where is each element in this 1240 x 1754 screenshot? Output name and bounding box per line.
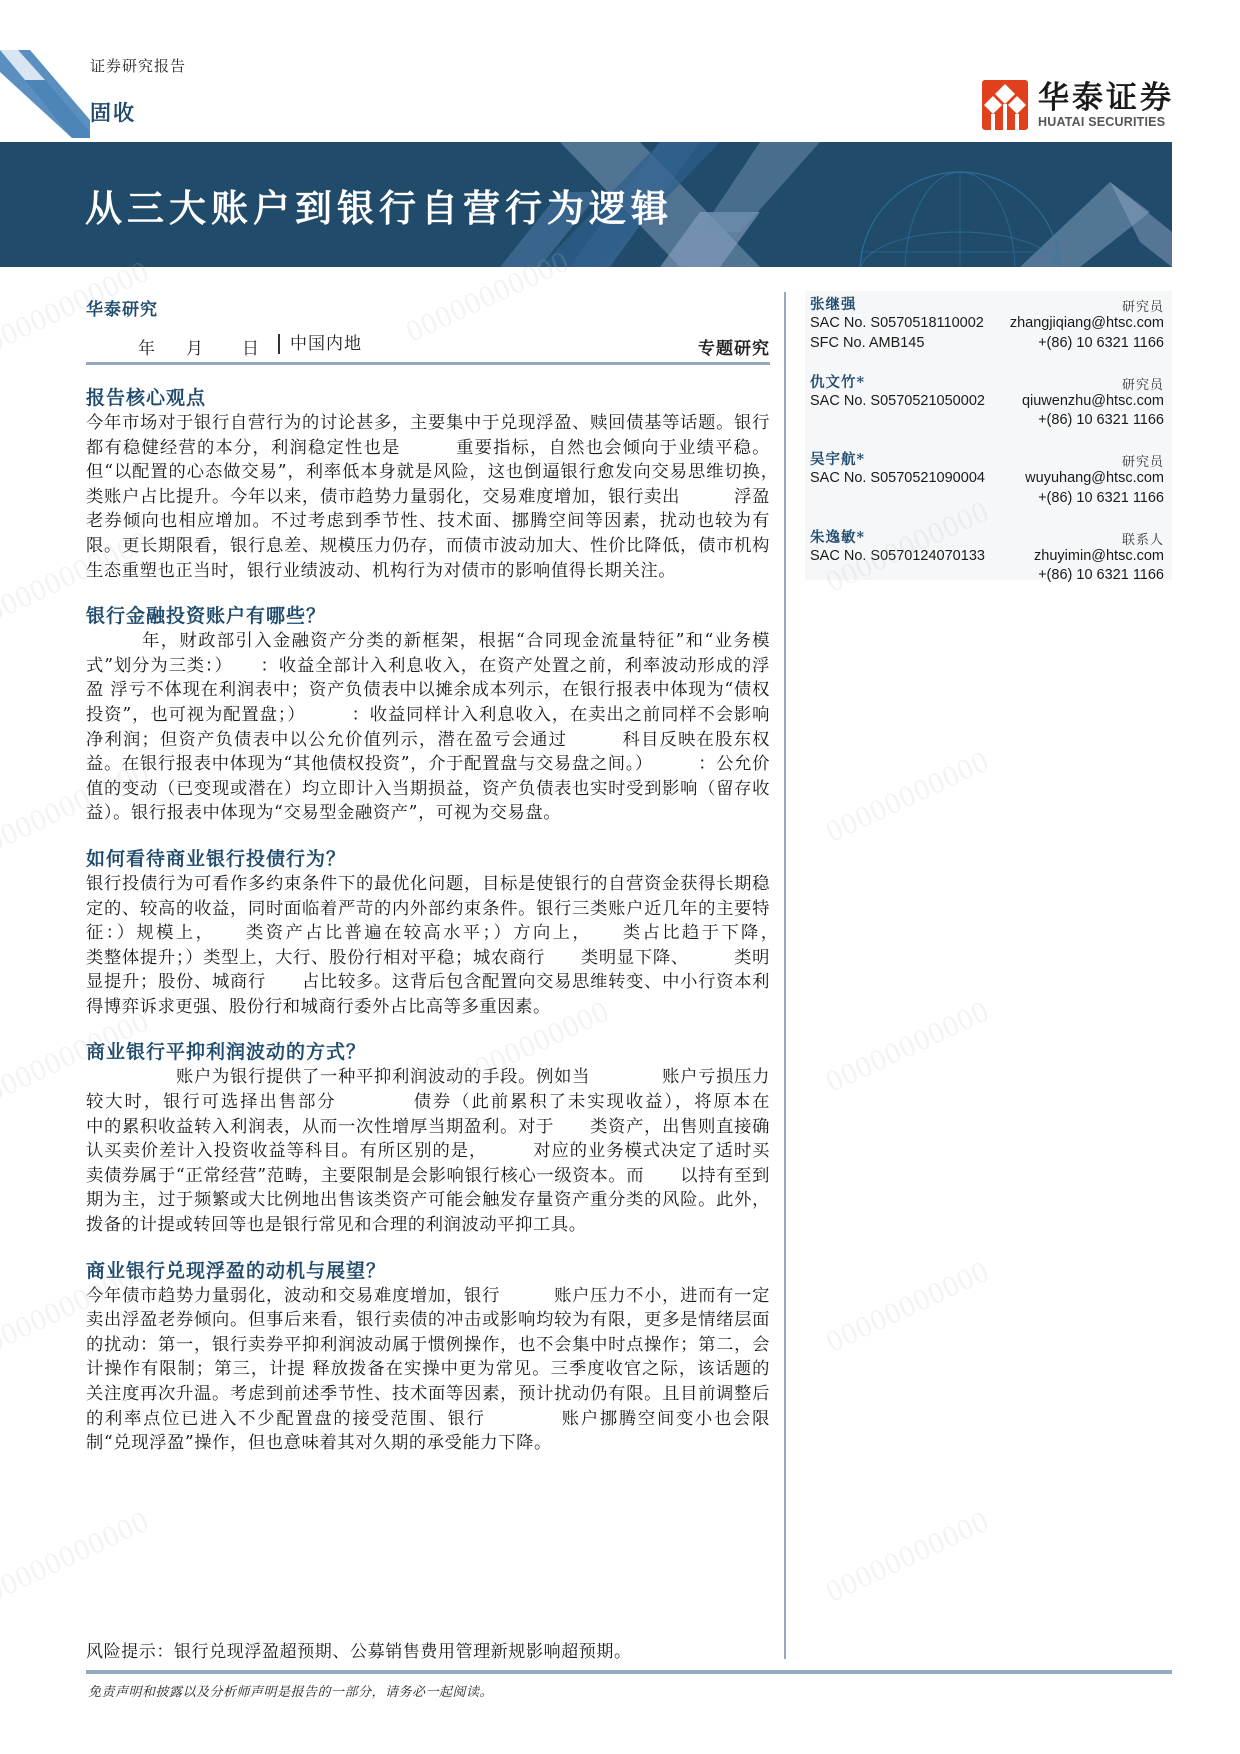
watermark: 00000000000 — [821, 744, 995, 849]
analyst-name: 吴宇航* — [810, 450, 1164, 469]
region-label: 中国内地 — [278, 334, 362, 354]
analyst-card: 吴宇航* 研究员 SAC No. S0570521090004wuyuhang@… — [810, 450, 1164, 528]
section-title: 银行金融投资账户有哪些？ — [86, 603, 770, 629]
disclaimer-note: 免责声明和披露以及分析师声明是报告的一部分，请务必一起阅读。 — [88, 1681, 493, 1700]
section-title: 商业银行平抑利润波动的方式？ — [86, 1039, 770, 1065]
section-profit-smoothing: 商业银行平抑利润波动的方式？ 账户为银行提供了一种平抑利润波动的手段。例如当 账… — [86, 1039, 770, 1237]
watermark: 00000000000 — [0, 1504, 155, 1609]
analyst-panel: 张继强 研究员 SAC No. S0570518110002zhangjiqia… — [805, 291, 1172, 580]
analyst-role: 研究员 — [1122, 296, 1164, 315]
category-label: 固收 — [90, 97, 136, 127]
section-bank-accounts: 银行金融投资账户有哪些？ 年，财政部引入金融资产分类的新框架，根据“合同现金流量… — [86, 603, 770, 826]
title-banner: 从三大账户到银行自营行为逻辑 — [0, 142, 1172, 267]
meta-divider — [86, 362, 770, 365]
analyst-sac: SAC No. S0570518110002 — [810, 314, 984, 334]
report-meta-row: 年月日 中国内地 专题研究 — [86, 334, 770, 358]
watermark: 00000000000 — [821, 1254, 995, 1359]
footer-divider — [86, 1670, 1172, 1674]
analyst-card: 张继强 研究员 SAC No. S0570518110002zhangjiqia… — [810, 295, 1164, 373]
logo-english-name: HUATAI SECURITIES — [1038, 115, 1174, 130]
analyst-phone: +(86) 10 6321 1166 — [1038, 566, 1164, 586]
report-title: 从三大账户到银行自营行为逻辑 — [85, 178, 673, 232]
section-title: 报告核心观点 — [86, 385, 770, 411]
corner-stripe-decoration — [0, 50, 90, 138]
analyst-card: 朱逸敏* 联系人 SAC No. S0570124070133zhuyimin@… — [810, 528, 1164, 606]
analyst-sac: SAC No. S0570521090004 — [810, 469, 985, 489]
analyst-email[interactable]: wuyuhang@htsc.com — [1025, 469, 1164, 489]
analyst-role: 联系人 — [1122, 529, 1164, 548]
analyst-phone: +(86) 10 6321 1166 — [1038, 411, 1164, 431]
research-org-label: 华泰研究 — [86, 295, 770, 320]
analyst-name: 张继强 — [810, 295, 1164, 314]
date-day-label: 日 — [242, 334, 260, 359]
section-bank-bond-investment: 如何看待商业银行投债行为？ 银行投债行为可看作多约束条件下的最优化问题，目标是使… — [86, 846, 770, 1020]
section-body: 银行投债行为可看作多约束条件下的最优化问题，目标是使银行的自营资金获得长期稳定的… — [86, 872, 770, 1020]
report-type-label: 专题研究 — [698, 334, 770, 359]
huatai-logo-icon — [982, 80, 1028, 130]
analyst-role: 研究员 — [1122, 451, 1164, 470]
analyst-sac: SAC No. S0570124070133 — [810, 547, 985, 567]
section-key-points: 报告核心观点 今年市场对于银行自营行为的讨论甚多，主要集中于兑现浮盈、赎回债基等… — [86, 385, 770, 583]
main-content: 华泰研究 年月日 中国内地 专题研究 报告核心观点 今年市场对于银行自营行为的讨… — [86, 295, 770, 1456]
analyst-card: 仇文竹* 研究员 SAC No. S0570521050002qiuwenzhu… — [810, 373, 1164, 451]
section-body: 今年债市趋势力量弱化，波动和交易难度增加，银行 账户压力不小，进而有一定卖出浮盈… — [86, 1284, 770, 1456]
analyst-email[interactable]: zhuyimin@htsc.com — [1034, 547, 1164, 567]
section-title: 商业银行兑现浮盈的动机与展望？ — [86, 1258, 770, 1284]
watermark: 00000000000 — [821, 1504, 995, 1609]
watermark: 00000000000 — [821, 994, 995, 1099]
section-realizing-gains: 商业银行兑现浮盈的动机与展望？ 今年债市趋势力量弱化，波动和交易难度增加，银行 … — [86, 1258, 770, 1456]
huatai-logo: 华泰证券 HUATAI SECURITIES — [982, 80, 1174, 130]
section-title: 如何看待商业银行投债行为？ — [86, 846, 770, 872]
analyst-sac: SAC No. S0570521050002 — [810, 392, 985, 412]
analyst-email[interactable]: zhangjiqiang@htsc.com — [1010, 314, 1164, 334]
analyst-email[interactable]: qiuwenzhu@htsc.com — [1022, 392, 1164, 412]
analyst-name: 朱逸敏* — [810, 528, 1164, 547]
analyst-role: 研究员 — [1122, 374, 1164, 393]
report-date: 年月日 — [138, 334, 260, 359]
logo-chinese-name: 华泰证券 — [1038, 81, 1174, 115]
column-divider — [784, 292, 786, 1659]
analyst-phone: +(86) 10 6321 1166 — [1038, 334, 1164, 354]
date-year-label: 年 — [138, 334, 156, 359]
section-body: 今年市场对于银行自营行为的讨论甚多，主要集中于兑现浮盈、赎回债基等话题。银行都有… — [86, 411, 770, 583]
section-body: 账户为银行提供了一种平抑利润波动的手段。例如当 账户亏损压力较大时，银行可选择出… — [86, 1065, 770, 1237]
analyst-phone: +(86) 10 6321 1166 — [1038, 489, 1164, 509]
section-body: 年，财政部引入金融资产分类的新框架，根据“合同现金流量特征”和“业务模式”划分为… — [86, 629, 770, 826]
analyst-sfc: SFC No. AMB145 — [810, 334, 924, 354]
document-type-label: 证券研究报告 — [90, 55, 186, 76]
date-month-label: 月 — [186, 334, 204, 359]
analyst-name: 仇文竹* — [810, 373, 1164, 392]
risk-note: 风险提示：银行兑现浮盈超预期、公募销售费用管理新规影响超预期。 — [86, 1637, 632, 1662]
